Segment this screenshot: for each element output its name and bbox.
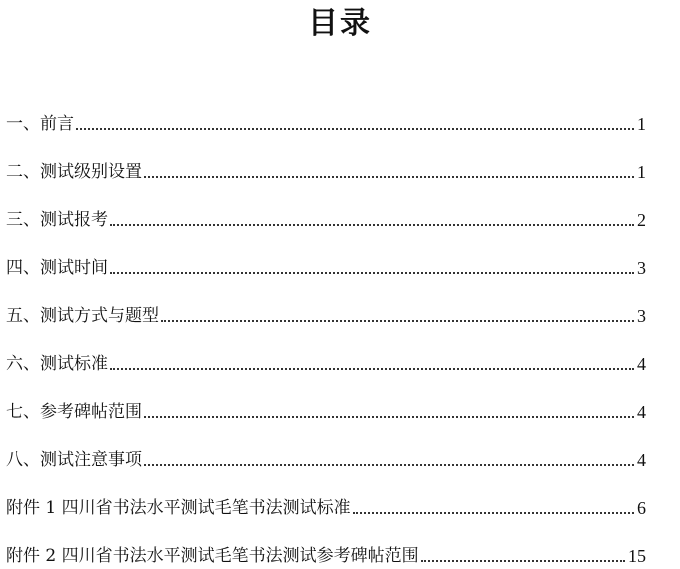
dot-leader: [161, 320, 634, 322]
toc-entry[interactable]: 五、测试方式与题型 3: [6, 297, 646, 327]
toc-entry[interactable]: 二、测试级别设置 1: [6, 153, 646, 183]
toc-entry[interactable]: 七、参考碑帖范围 4: [6, 393, 646, 423]
toc-entry-page: 6: [634, 497, 646, 519]
toc-entry-page: 1: [634, 161, 646, 183]
dot-leader: [110, 224, 634, 226]
toc-entry[interactable]: 八、测试注意事项 4: [6, 441, 646, 471]
toc-entry-label: 四、测试时间: [6, 257, 110, 279]
toc-entry-label: 七、参考碑帖范围: [6, 401, 144, 423]
toc-entry[interactable]: 四、测试时间 3: [6, 249, 646, 279]
toc-entry[interactable]: 三、测试报考 2: [6, 201, 646, 231]
toc-entry-page: 1: [634, 113, 646, 135]
toc-entry-page: 4: [634, 401, 646, 423]
toc-entry-label: 附件 2 四川省书法水平测试毛笔书法测试参考碑帖范围: [6, 545, 421, 567]
toc-entry-page: 15: [625, 545, 646, 567]
toc-entry-label: 三、测试报考: [6, 209, 110, 231]
toc-entry[interactable]: 六、测试标准 4: [6, 345, 646, 375]
toc-entry-label: 二、测试级别设置: [6, 161, 144, 183]
toc-entry-page: 4: [634, 353, 646, 375]
toc-entry-label: 五、测试方式与题型: [6, 305, 161, 327]
toc-entry[interactable]: 一、前言 1: [6, 105, 646, 135]
dot-leader: [110, 368, 634, 370]
dot-leader: [110, 272, 634, 274]
toc-entry-label: 六、测试标准: [6, 353, 110, 375]
toc-entry-label: 一、前言: [6, 113, 76, 135]
toc-entry-label: 八、测试注意事项: [6, 449, 144, 471]
dot-leader: [353, 512, 634, 514]
toc-entry-page: 2: [634, 209, 646, 231]
dot-leader: [144, 464, 634, 466]
toc-entry-label: 附件 1 四川省书法水平测试毛笔书法测试标准: [6, 497, 353, 519]
dot-leader: [76, 128, 634, 130]
toc-entry[interactable]: 附件 2 四川省书法水平测试毛笔书法测试参考碑帖范围 15: [6, 537, 646, 567]
page-title: 目录: [0, 2, 680, 46]
toc-entry-page: 4: [634, 449, 646, 471]
toc-entry-page: 3: [634, 257, 646, 279]
dot-leader: [144, 176, 634, 178]
toc-entry[interactable]: 附件 1 四川省书法水平测试毛笔书法测试标准 6: [6, 489, 646, 519]
dot-leader: [421, 560, 625, 562]
dot-leader: [144, 416, 634, 418]
toc-entry-page: 3: [634, 305, 646, 327]
